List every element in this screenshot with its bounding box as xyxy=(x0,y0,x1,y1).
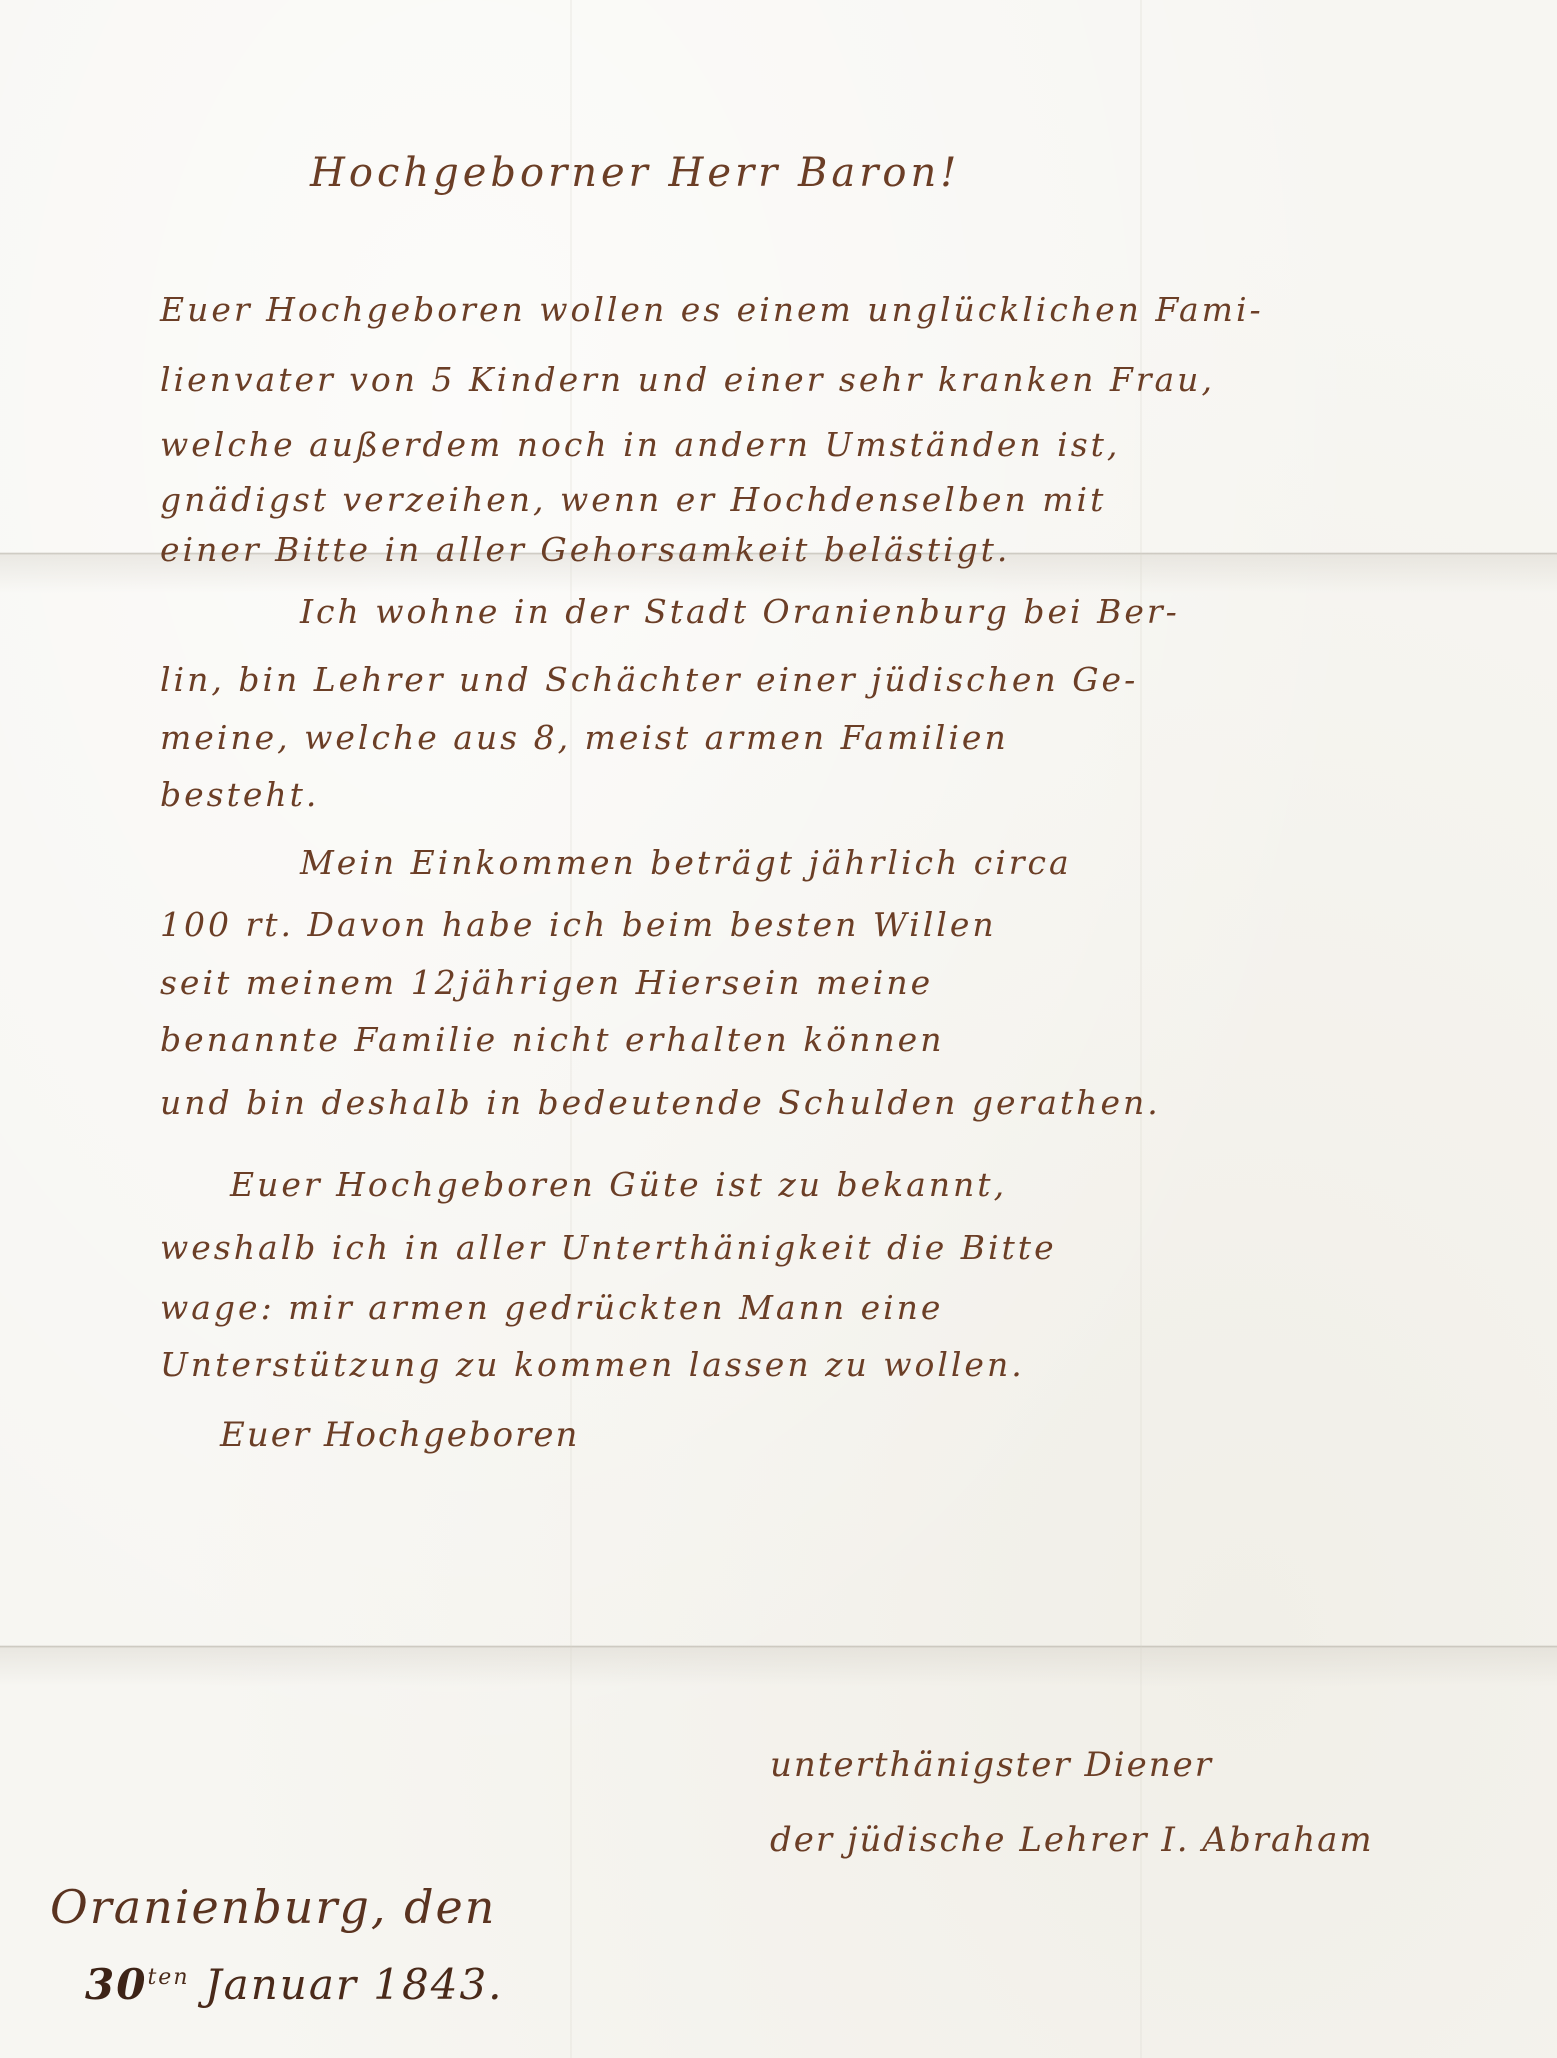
body-line: Unterstützung zu kommen lassen zu wollen… xyxy=(160,1345,1025,1384)
body-line: meine, welche aus 8, meist armen Familie… xyxy=(160,718,1009,757)
signature-name: der jüdische Lehrer I. Abraham xyxy=(770,1820,1374,1860)
body-line: 100 rt. Davon habe ich beim besten Wille… xyxy=(160,905,997,944)
body-line: einer Bitte in aller Gehorsamkeit beläst… xyxy=(160,530,1010,569)
body-line: gnädigst verzeihen, wenn er Hochdenselbe… xyxy=(160,480,1106,519)
body-line: besteht. xyxy=(160,775,319,814)
body-line: wage: mir armen gedrückten Mann eine xyxy=(160,1288,943,1327)
body-line: Ich wohne in der Stadt Oranienburg bei B… xyxy=(300,592,1180,631)
salutation: Hochgeborner Herr Baron! xyxy=(310,150,960,196)
fold-crease-lower xyxy=(0,1645,1557,1648)
body-line: und bin deshalb in bedeutende Schulden g… xyxy=(160,1083,1161,1122)
fold-crease-lower-shadow xyxy=(0,1646,1557,1686)
body-line: seit meinem 12jährigen Hiersein meine xyxy=(160,963,933,1002)
date-day-suffix: ten xyxy=(147,1965,189,1990)
date-day: 30 xyxy=(85,1960,147,2009)
date-line: 30ten Januar 1843. xyxy=(85,1960,504,2009)
body-line: Mein Einkommen beträgt jährlich circa xyxy=(300,843,1072,882)
body-line: benannte Familie nicht erhalten können xyxy=(160,1020,944,1059)
body-line: welche außerdem noch in andern Umständen… xyxy=(160,425,1120,464)
signature-line: unterthänigster Diener xyxy=(770,1745,1213,1785)
closing-phrase: Euer Hochgeboren xyxy=(220,1415,579,1455)
body-line: Euer Hochgeboren Güte ist zu bekannt, xyxy=(230,1165,1007,1204)
body-line: weshalb ich in aller Unterthänigkeit die… xyxy=(160,1228,1057,1267)
body-line: lin, bin Lehrer und Schächter einer jüdi… xyxy=(160,660,1138,699)
place-line: Oranienburg, den xyxy=(50,1880,496,1934)
body-line: Euer Hochgeboren wollen es einem unglück… xyxy=(160,290,1264,329)
body-line: lienvater von 5 Kindern und einer sehr k… xyxy=(160,360,1215,399)
date-month-year: Januar 1843. xyxy=(205,1960,504,2009)
